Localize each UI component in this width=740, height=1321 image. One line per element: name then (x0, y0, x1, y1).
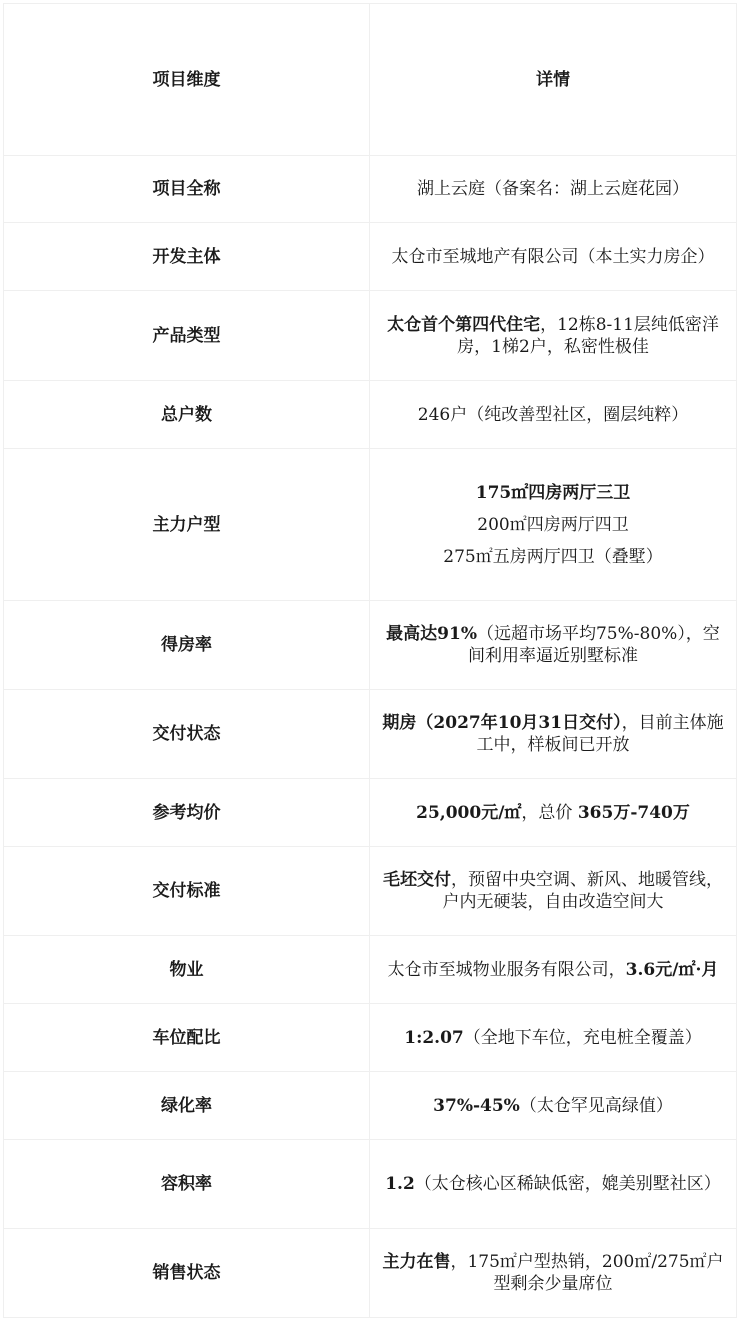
project-info-table: 项目维度 详情 项目全称湖上云庭（备案名：湖上云庭花园）开发主体太仓市至城地产有… (3, 3, 737, 1318)
numeric-text: 91% (437, 624, 477, 644)
detail-text: 湖上云庭（备案名：湖上云庭花园） (417, 179, 689, 199)
detail-text: （远超市场平均75%-80%），空间利用率逼近别墅标准 (468, 624, 720, 666)
numeric-text: 31 (538, 713, 562, 733)
numeric-text: / (498, 803, 504, 823)
row-label: 销售状态 (4, 1229, 370, 1318)
row-detail: 1:2.07（全地下车位，充电桩全覆盖） (370, 1004, 737, 1072)
numeric-text: /275 (651, 1252, 689, 1272)
table-row: 交付标准毛坯交付，预留中央空调、新风、地暖管线，户内无硬装，自由改造空间大 (4, 847, 737, 936)
row-label: 产品类型 (4, 291, 370, 381)
table-row: 产品类型太仓首个第四代住宅，12栋8-11层纯低密洋房，1梯2户，私密性极佳 (4, 291, 737, 381)
row-detail: 246户（纯改善型社区，圈层纯粹） (370, 381, 737, 449)
highlight-text: 37%-45% (433, 1096, 520, 1116)
header-detail: 详情 (370, 4, 737, 156)
row-label: 项目全称 (4, 156, 370, 223)
numeric-text: 1:2.07 (404, 1028, 464, 1048)
row-label: 总户数 (4, 381, 370, 449)
numeric-text: 175 (476, 483, 512, 503)
row-label: 主力户型 (4, 449, 370, 601)
row-label: 绿化率 (4, 1072, 370, 1140)
row-label: 物业 (4, 936, 370, 1004)
row-label: 容积率 (4, 1140, 370, 1229)
row-label: 开发主体 (4, 223, 370, 291)
table-row: 项目全称湖上云庭（备案名：湖上云庭花园） (4, 156, 737, 223)
numeric-text: 75%-80% (596, 624, 677, 644)
table-row: 车位配比1:2.07（全地下车位，充电桩全覆盖） (4, 1004, 737, 1072)
highlight-text: 最高达91% (386, 624, 477, 644)
table-row: 参考均价25,000元/㎡，总价 365万-740万 (4, 779, 737, 847)
unit-type-line: 200㎡四房两厅四卫 (378, 514, 728, 536)
row-detail: 太仓首个第四代住宅，12栋8-11层纯低密洋房，1梯2户，私密性极佳 (370, 291, 737, 381)
numeric-text: 200 (602, 1252, 634, 1272)
numeric-text: 2 (519, 337, 530, 357)
detail-text: （太仓核心区稀缺低密，媲美别墅社区） (415, 1174, 721, 1194)
detail-text: ，总价 (521, 803, 577, 823)
highlight-text: 毛坯交付 (383, 870, 451, 890)
detail-text: 太仓市至城地产有限公司（本土实力房企） (392, 247, 715, 267)
row-detail: 175㎡四房两厅三卫200㎡四房两厅四卫275㎡五房两厅四卫（叠墅） (370, 449, 737, 601)
table-row: 容积率1.2（太仓核心区稀缺低密，媲美别墅社区） (4, 1140, 737, 1229)
numeric-text: 37%-45% (433, 1096, 520, 1116)
numeric-text: 3.6 (626, 960, 656, 980)
numeric-text: 10 (498, 713, 522, 733)
highlight-text: 主力在售 (382, 1252, 450, 1272)
numeric-text: -740 (630, 803, 673, 823)
row-detail: 湖上云庭（备案名：湖上云庭花园） (370, 156, 737, 223)
table-row: 得房率最高达91%（远超市场平均75%-80%），空间利用率逼近别墅标准 (4, 601, 737, 690)
numeric-text: 1.2 (385, 1174, 415, 1194)
row-label: 参考均价 (4, 779, 370, 847)
row-detail: 25,000元/㎡，总价 365万-740万 (370, 779, 737, 847)
row-detail: 1.2（太仓核心区稀缺低密，媲美别墅社区） (370, 1140, 737, 1229)
unit-type-line: 175㎡四房两厅三卫 (378, 482, 728, 504)
detail-text: 246户（纯改善型社区，圈层纯粹） (418, 405, 688, 425)
header-dimension: 项目维度 (4, 4, 370, 156)
highlight-text: 太仓首个第四代住宅 (387, 315, 540, 335)
highlight-text: 1:2.07 (404, 1028, 464, 1048)
numeric-text: · (695, 960, 701, 980)
row-detail: 期房（2027年10月31日交付），目前主体施工中，样板间已开放 (370, 690, 737, 779)
highlight-text: 25,000元/㎡ (416, 803, 521, 823)
detail-text: （全地下车位，充电桩全覆盖） (464, 1028, 702, 1048)
numeric-text: 2027 (433, 713, 480, 733)
row-detail: 主力在售，175㎡户型热销，200㎡/275㎡户型剩余少量席位 (370, 1229, 737, 1318)
highlight-text: 1.2 (385, 1174, 415, 1194)
row-label: 车位配比 (4, 1004, 370, 1072)
row-label: 得房率 (4, 601, 370, 690)
numeric-text: 175 (467, 1252, 499, 1272)
numeric-text: 8-11 (596, 315, 634, 335)
row-detail: 太仓市至城物业服务有限公司，3.6元/㎡·月 (370, 936, 737, 1004)
table-row: 总户数246户（纯改善型社区，圈层纯粹） (4, 381, 737, 449)
numeric-text: 12 (557, 315, 579, 335)
table-row: 主力户型175㎡四房两厅三卫200㎡四房两厅四卫275㎡五房两厅四卫（叠墅） (4, 449, 737, 601)
detail-text: 太仓市至城物业服务有限公司， (388, 960, 626, 980)
row-label: 交付标准 (4, 847, 370, 936)
detail-text: （太仓罕见高绿值） (520, 1096, 673, 1116)
numeric-text: 246 (418, 405, 450, 425)
row-detail: 37%-45%（太仓罕见高绿值） (370, 1072, 737, 1140)
numeric-text: 365 (578, 803, 614, 823)
highlight-text: 3.6元/㎡·月 (626, 960, 719, 980)
numeric-text: 200 (477, 515, 509, 535)
detail-text: ，预留中央空调、新风、地暖管线，户内无硬装，自由改造空间大 (443, 870, 724, 912)
row-detail: 太仓市至城地产有限公司（本土实力房企） (370, 223, 737, 291)
numeric-text: 1 (491, 337, 502, 357)
table-row: 物业太仓市至城物业服务有限公司，3.6元/㎡·月 (4, 936, 737, 1004)
detail-text: ，175㎡户型热销，200㎡/275㎡户型剩余少量席位 (450, 1252, 723, 1294)
row-detail: 毛坯交付，预留中央空调、新风、地暖管线，户内无硬装，自由改造空间大 (370, 847, 737, 936)
row-detail: 最高达91%（远超市场平均75%-80%），空间利用率逼近别墅标准 (370, 601, 737, 690)
highlight-text: 期房（2027年10月31日交付） (382, 713, 621, 733)
numeric-text: 25,000 (416, 803, 481, 823)
table-row: 交付状态期房（2027年10月31日交付），目前主体施工中，样板间已开放 (4, 690, 737, 779)
table-row: 销售状态主力在售，175㎡户型热销，200㎡/275㎡户型剩余少量席位 (4, 1229, 737, 1318)
table-row: 绿化率37%-45%（太仓罕见高绿值） (4, 1072, 737, 1140)
numeric-text: / (672, 960, 678, 980)
table-row: 开发主体太仓市至城地产有限公司（本土实力房企） (4, 223, 737, 291)
table-header-row: 项目维度 详情 (4, 4, 737, 156)
highlight-text: 365万-740万 (578, 803, 690, 823)
row-label: 交付状态 (4, 690, 370, 779)
unit-type-line: 275㎡五房两厅四卫（叠墅） (378, 546, 728, 568)
numeric-text: 275 (443, 547, 475, 567)
